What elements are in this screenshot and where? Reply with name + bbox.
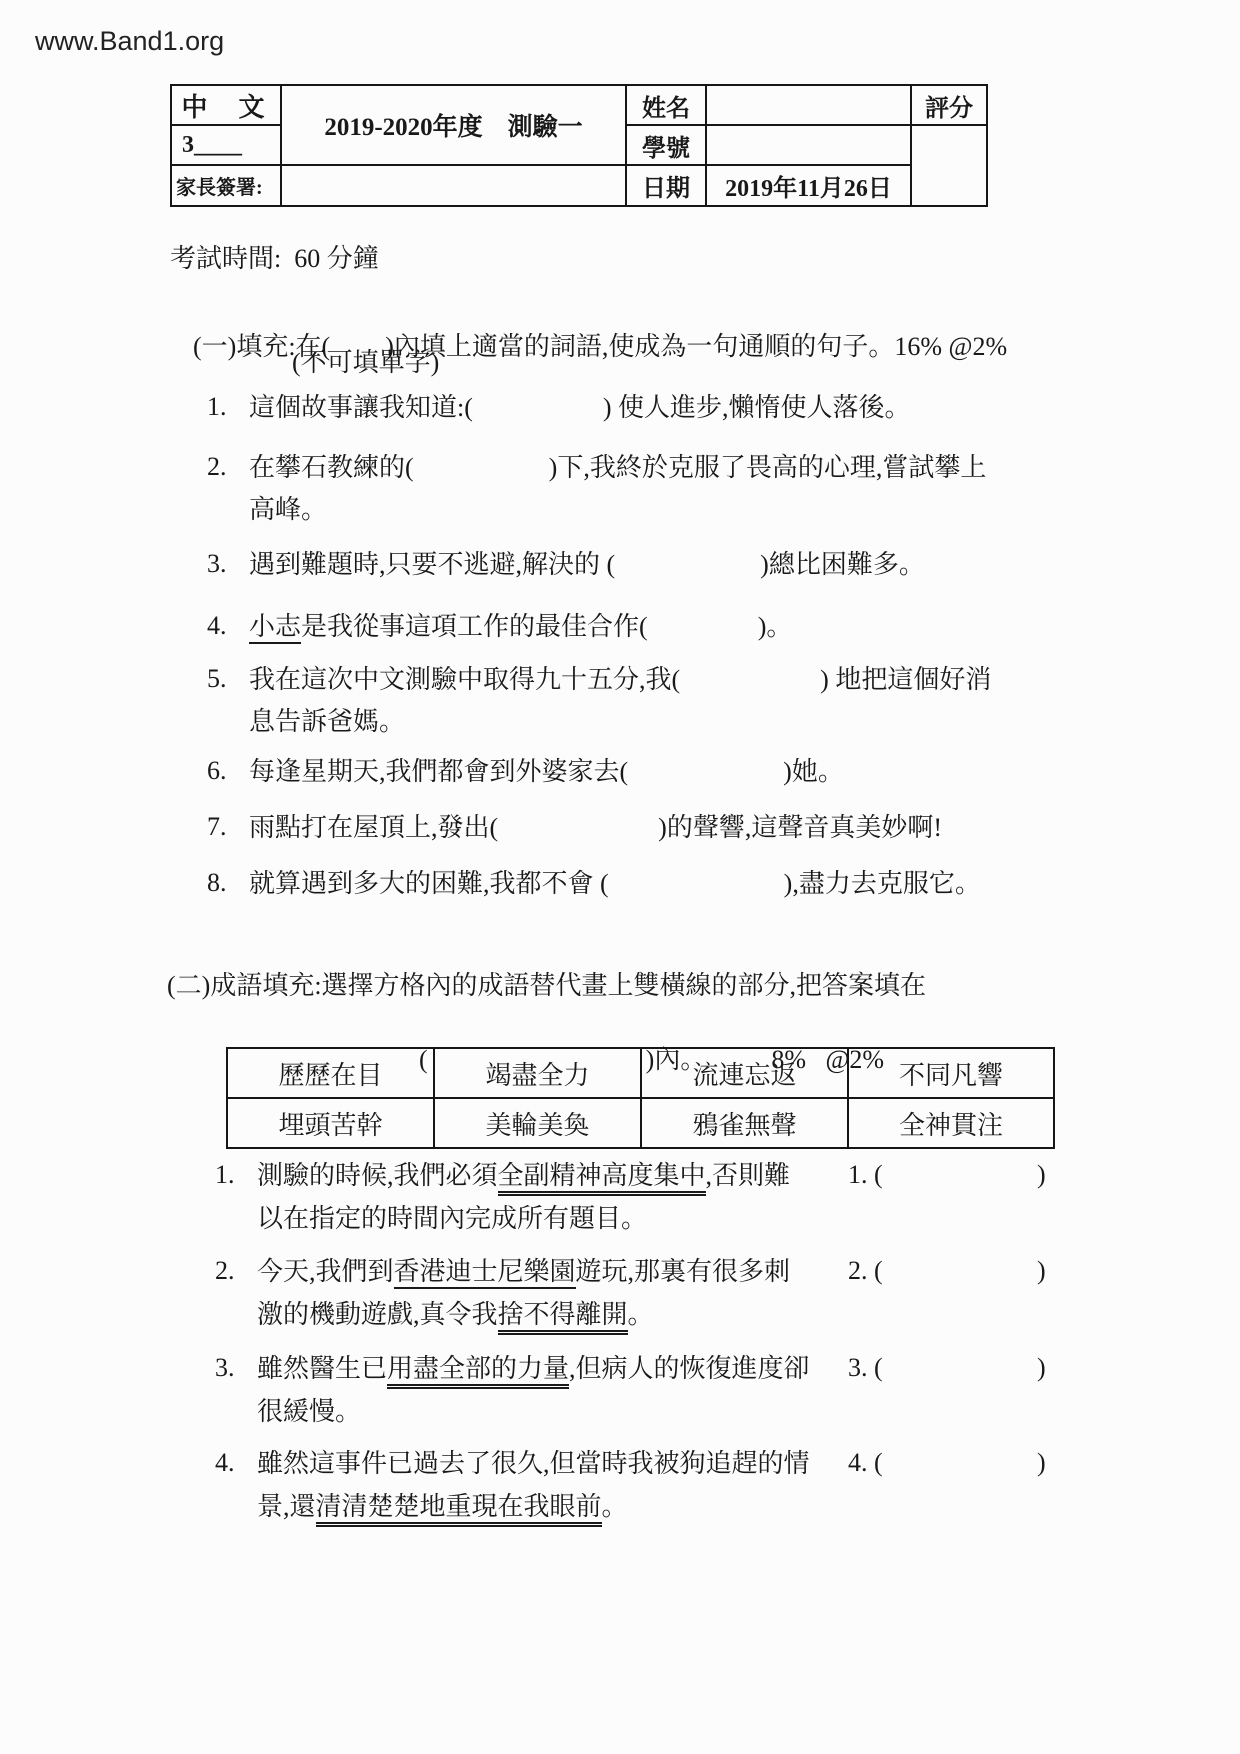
question-number: 3.: [215, 1353, 235, 1383]
idiom-cell: 流連忘返: [641, 1048, 848, 1098]
question-text: 雖然這事件已過去了很久,但當時我被狗追趕的情: [257, 1448, 810, 1479]
answer-close-paren: ): [1037, 1353, 1046, 1383]
proper-noun-underline: 小志: [249, 612, 301, 644]
question-number: 4.: [215, 1448, 235, 1478]
site-watermark: www.Band1.org: [35, 26, 224, 57]
parent-sign-value-cell: [281, 165, 626, 206]
name-label: 姓名: [626, 85, 706, 125]
section2-heading: (二)成語填充:選擇方格內的成語替代畫上雙橫線的部分,把答案填在: [167, 970, 926, 1001]
question-1-6: 6. 每逢星期天,我們都會到外婆家去()她。: [207, 756, 1157, 796]
exam-time: 考試時間: 60 分鐘: [170, 243, 379, 274]
exam-title: 2019-2020年度 測驗一: [281, 85, 626, 165]
test-paper-page: www.Band1.org 中 文 2019-2020年度 測驗一 姓名 評分 …: [0, 0, 1240, 1754]
question-number: 6.: [207, 756, 227, 786]
answer-slot: 3. (: [848, 1353, 883, 1383]
question-text-line2: 高峰。: [249, 494, 327, 525]
marked-phrase: 全副精神高度集中: [498, 1161, 706, 1196]
score-label: 評分: [911, 85, 987, 125]
question-text: 每逢星期天,我們都會到外婆家去()她。: [249, 756, 844, 787]
answer-slot: 2. (: [848, 1256, 883, 1286]
question-text: 我在這次中文測驗中取得九十五分,我() 地把這個好消: [249, 664, 991, 695]
question-number: 1.: [207, 392, 227, 422]
idiom-cell: 歷歷在目: [227, 1048, 434, 1098]
question-text: 小志是我從事這項工作的最佳合作()。: [249, 611, 792, 642]
question-text: 遇到難題時,只要不逃避,解決的 ()總比困難多。: [249, 549, 925, 580]
idiom-table: 歷歷在目 竭盡全力 流連忘返 不同凡響 埋頭苦幹 美輪美奐 鴉雀無聲 全神貫注: [226, 1047, 1055, 1149]
question-1-4: 4. 小志是我從事這項工作的最佳合作()。: [207, 611, 1157, 651]
question-2-2: 2. 今天,我們到香港迪士尼樂園遊玩,那裏有很多刺 2. ( ) 激的機動遊戲,…: [215, 1256, 1115, 1342]
subject-cell: 中 文: [171, 85, 281, 125]
score-value-cell: [911, 125, 987, 206]
question-text: 測驗的時候,我們必須全副精神高度集中,否則難: [257, 1160, 790, 1191]
question-1-7: 7. 雨點打在屋頂上,發出()的聲響,這聲音真美妙啊!: [207, 812, 1157, 852]
question-1-3: 3. 遇到難題時,只要不逃避,解決的 ()總比困難多。: [207, 549, 1157, 589]
question-number: 7.: [207, 812, 227, 842]
idiom-cell: 全神貫注: [848, 1098, 1054, 1148]
idiom-cell: 鴉雀無聲: [641, 1098, 848, 1148]
question-2-1: 1. 測驗的時候,我們必須全副精神高度集中,否則難 1. ( ) 以在指定的時間…: [215, 1160, 1115, 1246]
question-text: 今天,我們到香港迪士尼樂園遊玩,那裏有很多刺: [257, 1256, 790, 1287]
date-value: 2019年11月26日: [706, 165, 911, 206]
answer-close-paren: ): [1037, 1256, 1046, 1286]
idiom-cell: 美輪美奐: [434, 1098, 641, 1148]
parent-sign-label: 家長簽署:: [171, 165, 281, 206]
question-2-3: 3. 雖然醫生已用盡全部的力量,但病人的恢復進度卻 3. ( ) 很緩慢。: [215, 1353, 1115, 1439]
student-id-value-cell: [706, 125, 911, 165]
question-text-line2: 景,還清清楚楚地重現在我眼前。: [257, 1491, 628, 1522]
question-text-line2: 很緩慢。: [257, 1396, 361, 1427]
question-text-line2: 以在指定的時間內完成所有題目。: [257, 1203, 647, 1234]
idiom-cell: 竭盡全力: [434, 1048, 641, 1098]
answer-slot: 1. (: [848, 1160, 883, 1190]
question-text: 這個故事讓我知道:() 使人進步,懶惰使人落後。: [249, 392, 911, 423]
idiom-cell: 不同凡響: [848, 1048, 1054, 1098]
question-text: 雨點打在屋頂上,發出()的聲響,這聲音真美妙啊!: [249, 812, 942, 843]
header-table: 中 文 2019-2020年度 測驗一 姓名 評分 3____ 學號 家長簽署:…: [170, 84, 988, 207]
question-number: 8.: [207, 868, 227, 898]
question-number: 4.: [207, 611, 227, 641]
idiom-cell: 埋頭苦幹: [227, 1098, 434, 1148]
class-cell: 3____: [171, 125, 281, 165]
date-label: 日期: [626, 165, 706, 206]
question-text-line2: 息告訴爸媽。: [249, 706, 405, 737]
answer-close-paren: ): [1037, 1448, 1046, 1478]
question-2-4: 4. 雖然這事件已過去了很久,但當時我被狗追趕的情 4. ( ) 景,還清清楚楚…: [215, 1448, 1115, 1534]
question-text-line2: 激的機動遊戲,真令我捨不得離開。: [257, 1299, 654, 1330]
section1-note: (不可填單字): [292, 347, 439, 378]
question-number: 3.: [207, 549, 227, 579]
question-number: 2.: [207, 452, 227, 482]
question-text: 在攀石教練的()下,我終於克服了畏高的心理,嘗試攀上: [249, 452, 986, 483]
question-text: 就算遇到多大的困難,我都不會 (),盡力去克服它。: [249, 868, 981, 899]
answer-close-paren: ): [1037, 1160, 1046, 1190]
question-number: 1.: [215, 1160, 235, 1190]
student-id-label: 學號: [626, 125, 706, 165]
question-1-5: 5. 我在這次中文測驗中取得九十五分,我() 地把這個好消 息告訴爸媽。: [207, 664, 1157, 750]
name-value-cell: [706, 85, 911, 125]
question-1-2: 2. 在攀石教練的()下,我終於克服了畏高的心理,嘗試攀上 高峰。: [207, 452, 1157, 538]
question-1-1: 1. 這個故事讓我知道:() 使人進步,懶惰使人落後。: [207, 392, 1157, 432]
question-1-8: 8. 就算遇到多大的困難,我都不會 (),盡力去克服它。: [207, 868, 1157, 908]
marked-phrase: 用盡全部的力量: [387, 1354, 569, 1389]
proper-noun-underline: 香港迪士尼樂園: [394, 1257, 576, 1289]
question-text: 雖然醫生已用盡全部的力量,但病人的恢復進度卻: [257, 1353, 810, 1384]
answer-slot: 4. (: [848, 1448, 883, 1478]
marked-phrase: 清清楚楚地重現在我眼前: [316, 1492, 602, 1527]
marked-phrase: 捨不得離開: [498, 1300, 628, 1335]
question-number: 2.: [215, 1256, 235, 1286]
question-number: 5.: [207, 664, 227, 694]
